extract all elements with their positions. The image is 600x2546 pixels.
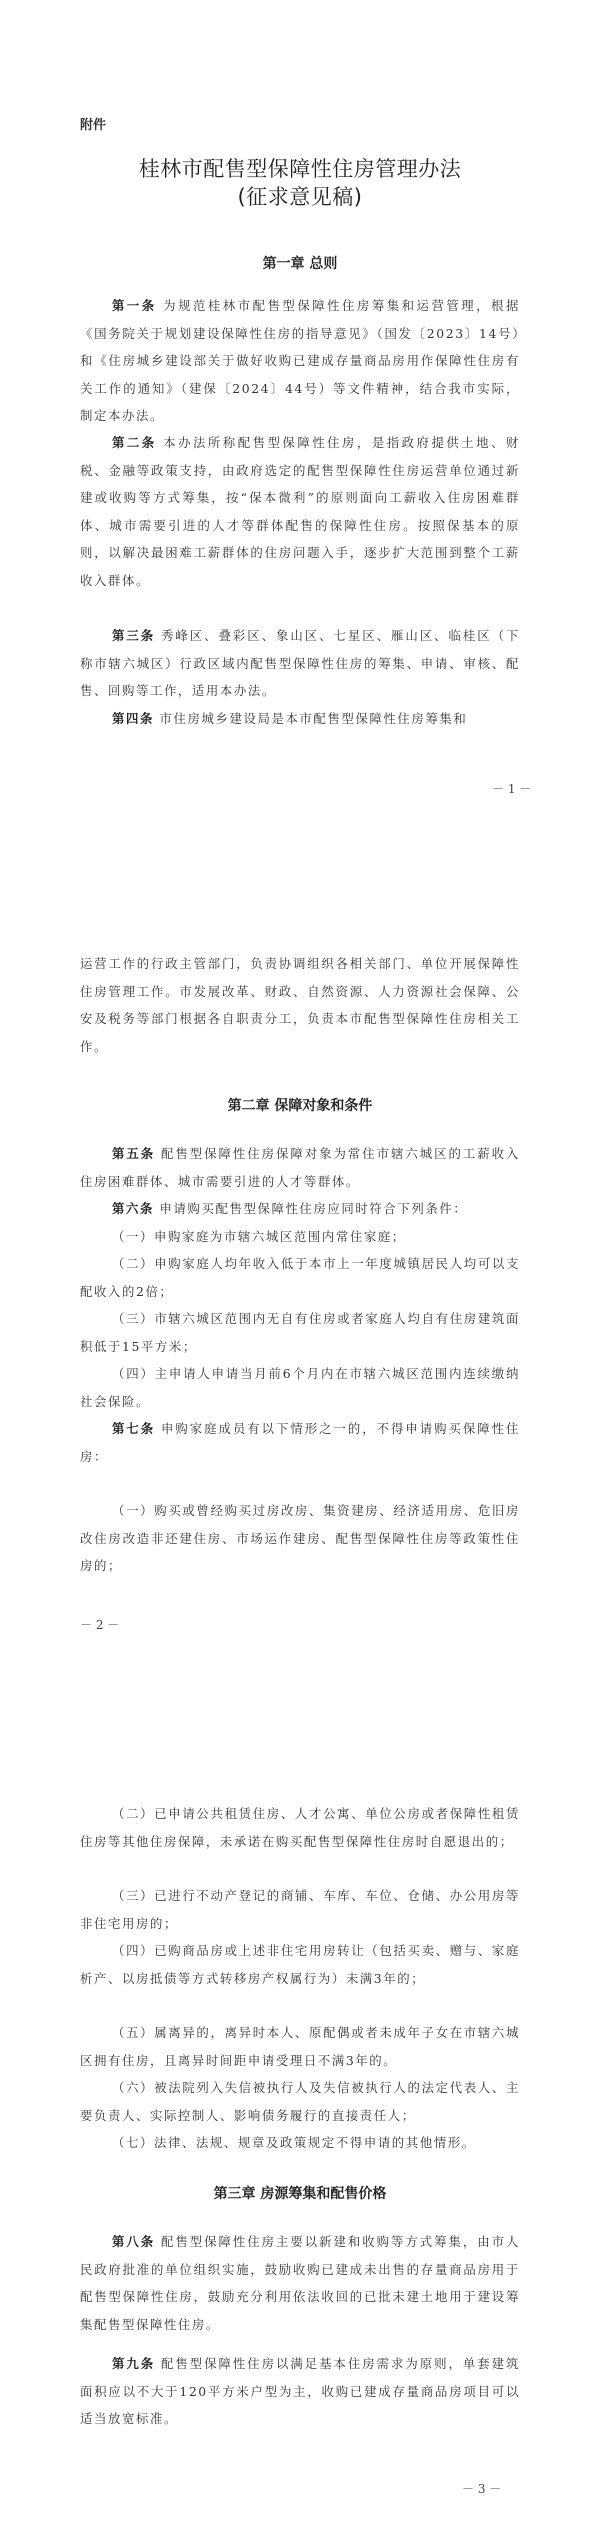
article-7-item-2: （二）已申请公共租赁住房、人才公寓、单位公房或者保障性租赁住房等其他住房保障，未… <box>80 1800 520 1855</box>
article-label: 第六条 <box>112 1201 154 1216</box>
article-7-item-5: （五）属离异的，离异时本人、原配偶或者未成年子女在市辖六城区拥有住房，且离异时间… <box>80 2019 520 2074</box>
article-7-item-7: （七）法律、法规、规章及政策规定不得申请的其他情形。 <box>80 2129 520 2157</box>
page-number-2: － 2 － <box>80 1616 119 1633</box>
article-text: 为规范桂林市配售型保障性住房筹集和运营管理，根据《国务院关于规划建设保障性住房的… <box>80 298 520 423</box>
chapter-2-heading: 第二章 保障对象和条件 <box>0 1095 600 1115</box>
page-number-3: － 3 － <box>462 2480 501 2497</box>
article-label: 第四条 <box>112 711 154 726</box>
article-label: 第二条 <box>112 435 157 450</box>
article-7: 第七条 申购家庭成员有以下情形之一的，不得申请购买保障性住房： <box>80 1415 520 1470</box>
document-title: 桂林市配售型保障性住房管理办法 <box>0 153 600 183</box>
article-1: 第一条 为规范桂林市配售型保障性住房筹集和运营管理，根据《国务院关于规划建设保障… <box>80 292 520 430</box>
article-label: 第五条 <box>112 1146 155 1161</box>
attachment-label: 附件 <box>80 114 106 133</box>
article-7-item-3: （三）已进行不动产登记的商铺、车库、车位、仓储、办公用房等非住宅用房的； <box>80 1882 520 1937</box>
article-6-item-1: （一）申购家庭为市辖六城区范围内常住家庭； <box>80 1223 520 1251</box>
article-label: 第三条 <box>112 628 155 643</box>
chapter-1-heading: 第一章 总则 <box>0 253 600 273</box>
article-3: 第三条 秀峰区、叠彩区、象山区、七星区、雁山区、临桂区（下称市辖六城区）行政区域… <box>80 622 520 705</box>
article-label: 第一条 <box>112 298 157 313</box>
article-4-part2: 运营工作的行政主管部门，负责协调组织各相关部门、单位开展保障性住房管理工作。市发… <box>80 950 520 1060</box>
article-label: 第九条 <box>112 2356 155 2371</box>
article-7-item-6: （六）被法院列入失信被执行人及失信被执行人的法定代表人、主要负责人、实际控制人、… <box>80 2074 520 2129</box>
article-6: 第六条 申请购买配售型保障性住房应同时符合下列条件： <box>80 1195 520 1223</box>
article-text: 市住房城乡建设局是本市配售型保障性住房筹集和 <box>154 711 467 726</box>
document-subtitle: (征求意见稿) <box>0 181 600 211</box>
article-9: 第九条 配售型保障性住房以满足基本住房需求为原则，单套建筑面积应以不大于120平… <box>80 2350 520 2433</box>
article-7-item-4: （四）已购商品房或上述非住宅用房转让（包括买卖、赠与、家庭析产、以房抵债等方式转… <box>80 1937 520 1992</box>
article-4-part1: 第四条 市住房城乡建设局是本市配售型保障性住房筹集和 <box>80 705 520 733</box>
article-6-item-2: （二）申购家庭人均年收入低于本市上一年度城镇居民人均可以支配收入的2倍； <box>80 1250 520 1305</box>
article-label: 第七条 <box>112 1421 155 1436</box>
article-text: 申请购买配售型保障性住房应同时符合下列条件： <box>154 1201 467 1216</box>
page-number-1: － 1 － <box>492 780 531 797</box>
article-label: 第八条 <box>112 2234 155 2249</box>
article-2: 第二条 本办法所称配售型保障性住房，是指政府提供土地、财税、金融等政策支持，由政… <box>80 429 520 594</box>
article-8: 第八条 配售型保障性住房主要以新建和收购等方式筹集，由市人民政府批准的单位组织实… <box>80 2228 520 2338</box>
article-7-item-1: （一）购买或曾经购买过房改房、集资建房、经济适用房、危旧房改住房改造非还建住房、… <box>80 1497 520 1580</box>
article-5: 第五条 配售型保障性住房保障对象为常住市辖六城区的工薪收入住房困难群体、城市需要… <box>80 1140 520 1195</box>
article-6-item-3: （三）市辖六城区范围内无自有住房或者家庭人均自有住房建筑面积低于15平方米； <box>80 1305 520 1360</box>
article-6-item-4: （四）主申请人申请当月前6个月内在市辖六城区范围内连续缴纳社会保险。 <box>80 1360 520 1415</box>
chapter-3-heading: 第三章 房源筹集和配售价格 <box>0 2183 600 2203</box>
article-text: 本办法所称配售型保障性住房，是指政府提供土地、财税、金融等政策支持，由政府选定的… <box>80 435 520 588</box>
